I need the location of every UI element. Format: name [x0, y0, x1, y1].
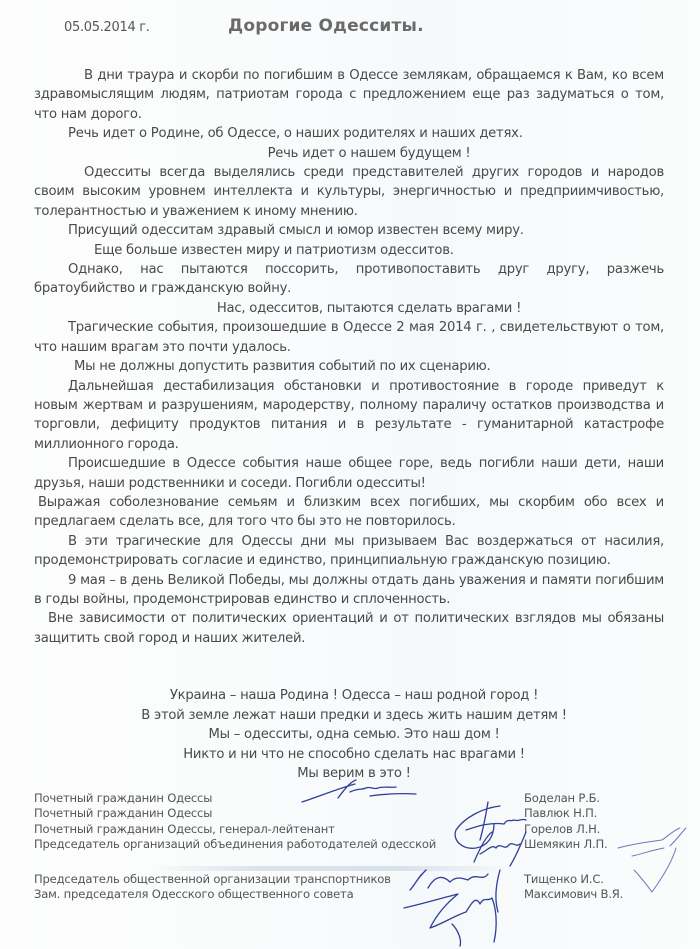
signatory-row: Председатель организаций объединения раб…: [34, 837, 674, 852]
signatory-name: Шемякин Л.П.: [524, 837, 607, 852]
closing-line: Никто и ни что не способно сделать нас в…: [0, 745, 700, 765]
closing-line: В этой земле лежат наши предки и здесь ж…: [0, 706, 700, 726]
signature-gorelov: [470, 828, 530, 868]
paragraph: В эти трагические для Одессы дни мы приз…: [34, 532, 664, 571]
paragraph: Присущий одесситам здравый смысл и юмор …: [34, 221, 664, 240]
signatory-role: Почетный гражданин Одессы, генерал-лейте…: [34, 822, 335, 837]
paragraph: Еще больше известен миру и патриотизм од…: [34, 241, 664, 260]
signature-shemyakin: [612, 826, 692, 896]
paragraph: Однако, нас пытаются поссорить, противоп…: [34, 260, 664, 299]
paragraph: Выражая соболезнование семьям и близким …: [34, 493, 664, 532]
signatory-row: Зам. председателя Одесского общественног…: [34, 887, 674, 902]
signatory-name: Боделан Р.Б.: [524, 791, 600, 806]
signatory-name: Тищенко И.С.: [524, 872, 604, 887]
signatory-row: Почетный гражданин Одессы, генерал-лейте…: [34, 822, 674, 837]
paragraph: Дальнейшая дестабилизация обстановки и п…: [34, 377, 664, 455]
letter-header: 05.05.2014 г. Дорогие Одесситы.: [0, 14, 700, 44]
paragraph: Нас, одесситов, пытаются сделать врагами…: [34, 299, 664, 318]
paragraph: Трагические события, произошедшие в Одес…: [34, 318, 664, 357]
signatory-name: Максимович В.Я.: [524, 887, 623, 902]
paragraph: Одесситы всегда выделялись среди предста…: [34, 163, 664, 221]
signatory-row: Почетный гражданин Одессы Павлюк Н.П.: [34, 806, 674, 821]
paragraph: 9 мая – в день Великой Победы, мы должны…: [34, 571, 664, 610]
closing-line: Украина – наша Родина ! Одесса – наш род…: [0, 686, 700, 706]
paragraph: В дни траура и скорби по погибшим в Одес…: [34, 66, 664, 124]
scanned-letter-page: 05.05.2014 г. Дорогие Одесситы. В дни тр…: [0, 0, 700, 949]
letter-title: Дорогие Одесситы.: [228, 16, 424, 36]
letter-date: 05.05.2014 г.: [64, 20, 150, 35]
signatory-role: Почетный гражданин Одессы: [34, 791, 212, 806]
signatory-role: Председатель организаций объединения раб…: [34, 837, 436, 852]
paragraph: Мы не должны допустить развития событий …: [34, 357, 664, 376]
signatory-role: Почетный гражданин Одессы: [34, 806, 212, 821]
paragraph: Речь идет о нашем будущем !: [34, 144, 664, 163]
signature-tishchenko: [402, 868, 532, 948]
signature-bodelan: [300, 778, 420, 808]
signatory-name: Павлюк Н.П.: [524, 806, 597, 821]
signatory-name: Горелов Л.Н.: [524, 822, 600, 837]
signatory-role: Председатель общественной организации тр…: [34, 872, 391, 887]
closing-line: Мы – одесситы, одна семью. Это наш дом !: [0, 725, 700, 745]
signatory-role: Зам. председателя Одесского общественног…: [34, 887, 354, 902]
paragraph: Происшедшие в Одессе события наше общее …: [34, 454, 664, 493]
paragraph: Вне зависимости от политических ориентац…: [34, 609, 664, 648]
closing-slogans: Украина – наша Родина ! Одесса – наш род…: [0, 686, 700, 784]
paragraph: Речь идет о Родине, об Одессе, о наших р…: [34, 124, 664, 143]
letter-body: В дни траура и скорби по погибшим в Одес…: [34, 66, 664, 648]
signatory-row: Председатель общественной организации тр…: [34, 872, 674, 887]
